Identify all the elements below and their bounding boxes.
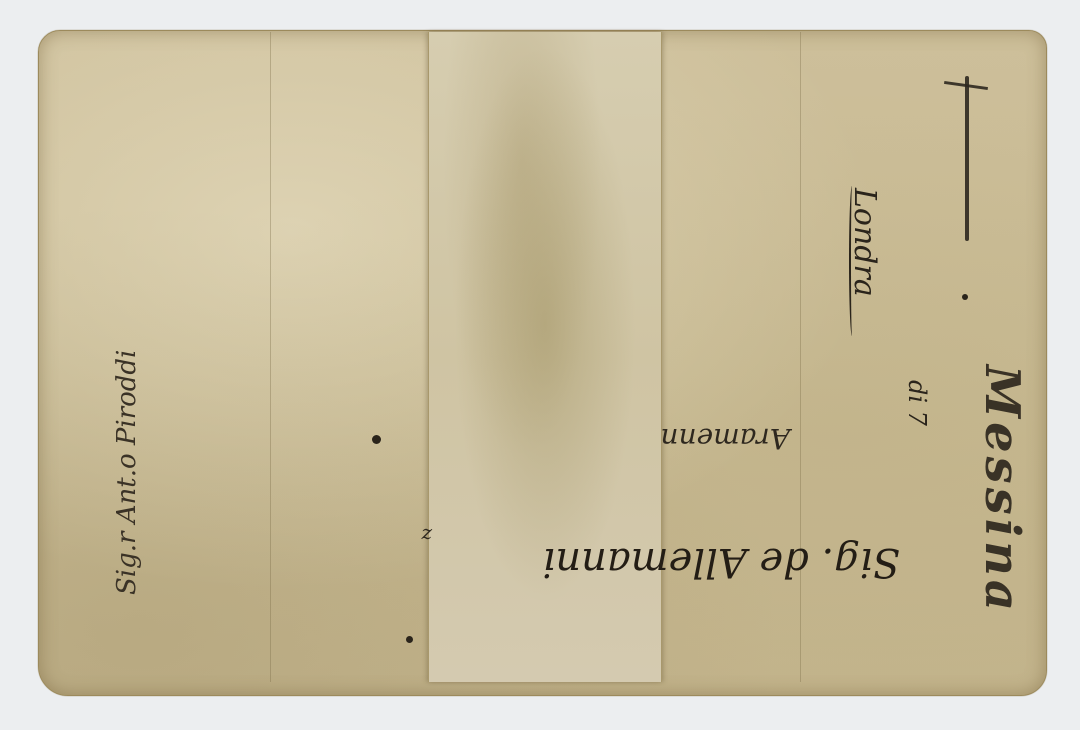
inscription-small-mark: z — [421, 524, 432, 548]
ink-dot — [372, 435, 381, 444]
cross-icon — [965, 76, 969, 241]
inscription-large: Messina — [974, 365, 1030, 615]
inscription-date: di 7 — [903, 380, 931, 426]
inscription-addressee: Sig. de Allemanni — [543, 539, 900, 585]
ink-dot — [406, 636, 413, 643]
fold-crease — [270, 32, 271, 682]
inscription-londra: Londra — [847, 188, 882, 297]
ink-dot — [962, 294, 968, 300]
inscription-middle: Aramenn — [661, 422, 791, 455]
inscription-left: Sig.r Ant.o Piroddi — [112, 350, 142, 595]
